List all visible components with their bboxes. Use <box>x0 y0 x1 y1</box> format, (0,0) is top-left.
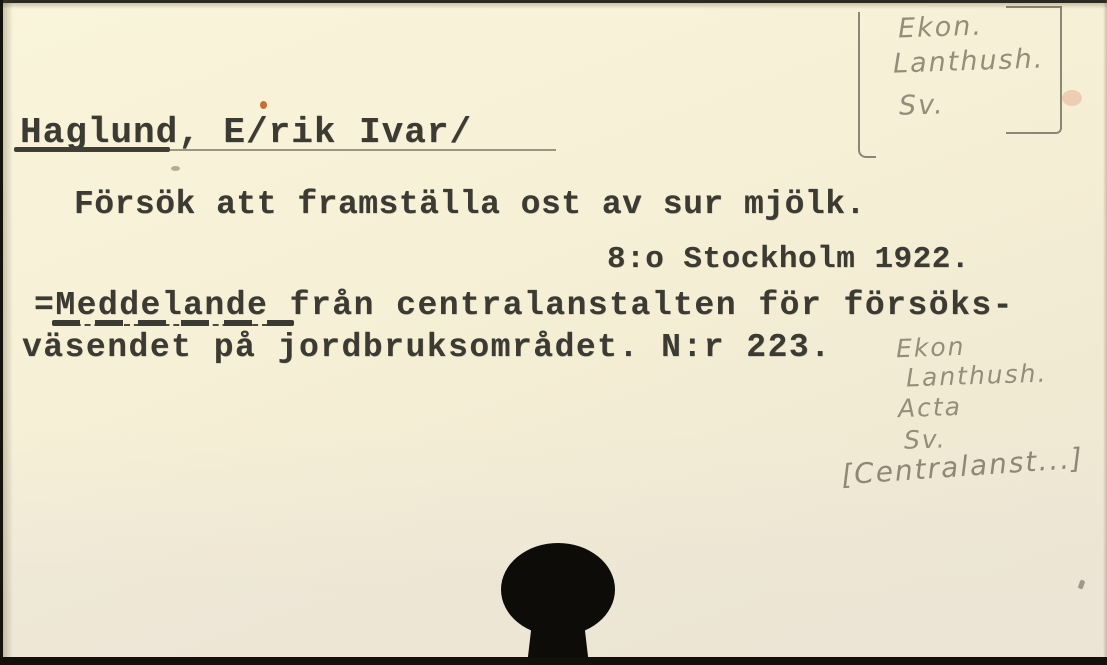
series-statement-line1: =Meddelande från centralanstalten för fö… <box>34 287 1014 324</box>
pencil-note-lanthush-top: Lanthush. <box>893 43 1045 79</box>
heading-underline-rule <box>170 149 556 151</box>
scan-edge-left-shadow <box>3 0 13 665</box>
pencil-bracket-left <box>858 12 876 158</box>
series-dashed-marking <box>52 320 294 326</box>
title-line: Försök att framställa ost av sur mjölk. <box>74 186 866 223</box>
series-statement-line2: väsendet på jordbruksområdet. N:r 223. <box>22 329 832 366</box>
pencil-note-ekon-top: Ekon. <box>897 11 983 45</box>
scan-smudge <box>1062 90 1082 106</box>
scan-edge-right <box>1103 0 1107 665</box>
pencil-note-ekon-mid: Ekon <box>896 332 966 363</box>
ink-speck <box>260 101 267 109</box>
heading-underline-heavy <box>14 147 170 152</box>
scanned-catalog-card: Haglund, E/rik Ivar/ Försök att framstäl… <box>0 0 1107 665</box>
pencil-note-sv-top: Sv. <box>898 89 945 122</box>
series-prefix: = <box>34 287 55 324</box>
scan-edge-top-shadow <box>0 3 1107 9</box>
pencil-note-lanthush-mid: Lanthush. <box>906 359 1048 393</box>
pencil-note-sv-mid: Sv. <box>904 424 948 454</box>
series-line1-rest: från centralanstalten för försöks- <box>268 287 1014 324</box>
ink-fleck <box>171 166 180 171</box>
imprint-line: 8:o Stockholm 1922. <box>607 242 970 277</box>
scan-edge-bottom <box>0 657 1107 665</box>
pencil-note-acta: Acta <box>898 392 963 423</box>
